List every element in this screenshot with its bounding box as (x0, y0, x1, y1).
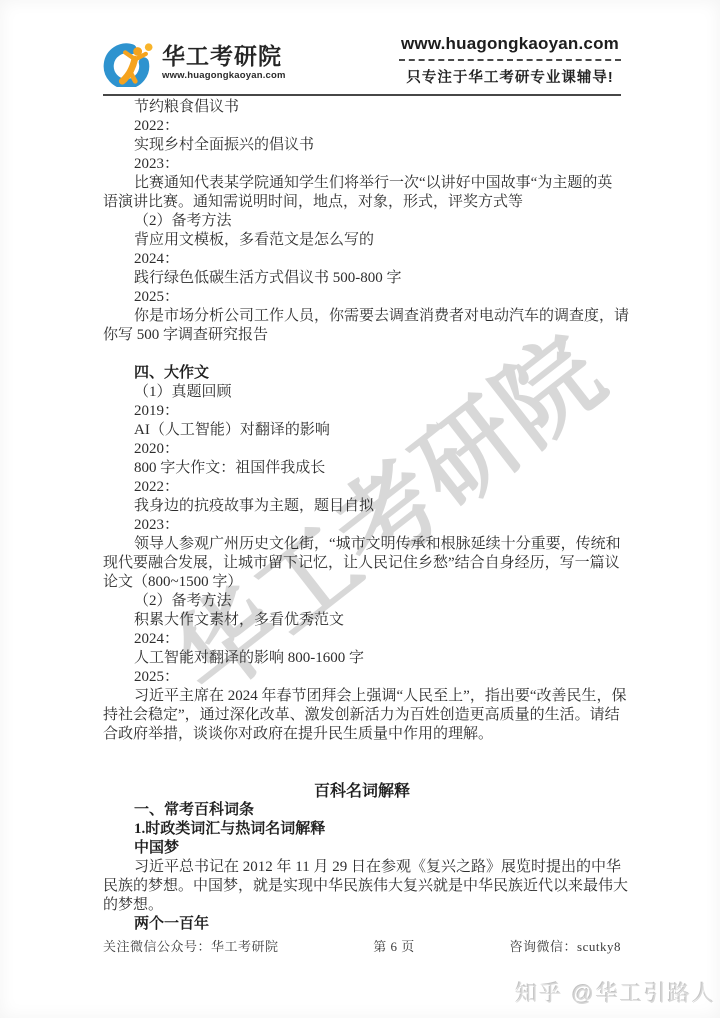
text-line: 2020： (103, 440, 621, 459)
text-line: 持社会稳定”，通过深化改革、激发创新活力为百姓创造更高质量的生活。请结 (103, 706, 621, 725)
text-line: （2）备考方法 (103, 592, 621, 611)
footer-contact-wechat: 咨询微信：scutky8 (510, 936, 621, 955)
text-line: 百科名词解释 (103, 782, 621, 801)
text-line: 2024： (103, 250, 621, 269)
text-line: 800 字大作文：祖国伴我成长 (103, 459, 621, 478)
text-line: 人工智能对翻译的影响 800-1600 字 (103, 649, 621, 668)
brand-logo: 华工考研院 www.huagongkaoyan.com (103, 39, 286, 87)
text-line: 民族的梦想。中国梦，就是实现中华民族伟大复兴就是中华民族近代以来最伟大 (103, 877, 621, 896)
footer-page-number: 第 6 页 (373, 936, 415, 955)
text-line: 两个一百年 (103, 915, 621, 934)
text-line: 2023： (103, 516, 621, 535)
text-line: 合政府举措，谈谈你对政府在提升民生质量中作用的理解。 (103, 725, 621, 744)
document-page: 华工考研院 (0, 0, 720, 1018)
header-website: www.huagongkaoyan.com (399, 34, 621, 61)
header-right-block: www.huagongkaoyan.com 只专注于华工考研专业课辅导! (399, 34, 621, 87)
header-slogan: 只专注于华工考研专业课辅导! (399, 66, 621, 87)
text-line: 节约粮食倡议书 (103, 98, 621, 117)
footer-wechat-official: 关注微信公众号：华工考研院 (103, 936, 279, 955)
text-line: 领导人参观广州历史文化街，“城市文明传承和根脉延续十分重要，传统和 (103, 535, 621, 554)
logo-icon (103, 39, 155, 87)
text-line: （2）备考方法 (103, 212, 621, 231)
text-line: 2023： (103, 155, 621, 174)
text-line: 2022： (103, 478, 621, 497)
text-line: （1）真题回顾 (103, 383, 621, 402)
blank-line (103, 744, 621, 763)
document-body: 节约粮食倡议书2022：实现乡村全面振兴的倡议书2023：比赛通知代表某学院通知… (103, 98, 621, 934)
text-line: 习近平主席在 2024 年春节团拜会上强调“人民至上”，指出要“改善民生，保 (103, 687, 621, 706)
text-line: 积累大作文素材，多看优秀范文 (103, 611, 621, 630)
text-line: 论文（800~1500 字） (103, 573, 621, 592)
page-header: 华工考研院 www.huagongkaoyan.com www.huagongk… (103, 0, 621, 96)
logo-brand-name: 华工考研院 (162, 45, 286, 68)
text-line: 实现乡村全面振兴的倡议书 (103, 136, 621, 155)
text-line: 1.时政类词汇与热词名词解释 (103, 820, 621, 839)
text-line: 的梦想。 (103, 896, 621, 915)
text-line: 四、大作文 (103, 364, 621, 383)
text-line: 践行绿色低碳生活方式倡议书 500-800 字 (103, 269, 621, 288)
text-line: 我身边的抗疫故事为主题，题目自拟 (103, 497, 621, 516)
text-line: 中国梦 (103, 839, 621, 858)
text-line: 你是市场分析公司工作人员，你需要去调查消费者对电动汽车的调查度，请 (103, 307, 621, 326)
text-line: 2024： (103, 630, 621, 649)
blank-line (103, 345, 621, 364)
text-line: 比赛通知代表某学院通知学生们将举行一次“以讲好中国故事“为主题的英 (103, 174, 621, 193)
page-footer: 关注微信公众号：华工考研院 第 6 页 咨询微信：scutky8 (103, 936, 621, 955)
zhihu-watermark: 知乎 @华工引路人 (516, 977, 716, 1008)
text-line: 2022： (103, 117, 621, 136)
text-line: 2025： (103, 668, 621, 687)
text-line: 现代要融合发展，让城市留下记忆，让人民记住乡愁”结合自身经历，写一篇议 (103, 554, 621, 573)
text-line: 习近平总书记在 2012 年 11 月 29 日在参观《复兴之路》展览时提出的中… (103, 858, 621, 877)
text-line: 语演讲比赛。通知需说明时间，地点，对象，形式，评奖方式等 (103, 193, 621, 212)
text-line: 2025： (103, 288, 621, 307)
blank-line (103, 763, 621, 782)
logo-website: www.huagongkaoyan.com (162, 70, 286, 81)
content-area: 华工考研院 www.huagongkaoyan.com www.huagongk… (103, 0, 621, 934)
text-line: AI（人工智能）对翻译的影响 (103, 421, 621, 440)
text-line: 2019： (103, 402, 621, 421)
text-line: 你写 500 字调查研究报告 (103, 326, 621, 345)
text-line: 背应用文模板，多看范文是怎么写的 (103, 231, 621, 250)
logo-text: 华工考研院 www.huagongkaoyan.com (162, 45, 286, 81)
text-line: 一、常考百科词条 (103, 801, 621, 820)
